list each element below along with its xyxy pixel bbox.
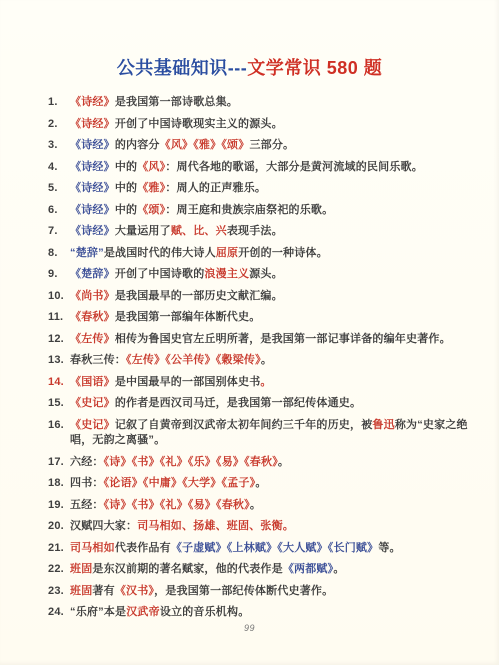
item-text: 《诗经》大量运用了赋、比、兴表现手法。 [70, 224, 471, 240]
item-text-segment: 《诗经》 [70, 96, 115, 108]
list-item: 17.六经：《诗》《书》《礼》《乐》《易》《春秋》。 [48, 455, 471, 471]
item-number: 18. [48, 476, 70, 492]
item-text-segment: 中的 [115, 182, 137, 194]
item-number: 24. [48, 605, 70, 621]
item-text: 《史记》的作者是西汉司马迁，是我国第一部纪传体通史。 [70, 396, 471, 412]
list-item: 19.五经：《诗》《书》《礼》《易》《春秋》。 [48, 498, 471, 514]
item-text-segment: 汉赋四大家： [70, 520, 137, 532]
item-number: 16. [48, 418, 70, 434]
list-item: 18.四书：《论语》《中庸》《大学》《孟子》。 [48, 476, 471, 492]
item-text: 《诗经》中的《风》：周代各地的歌谣，大部分是黄河流域的民间乐歌。 [70, 160, 471, 176]
item-text-segment: 《诗经》 [70, 204, 115, 216]
page-number: 99 [0, 623, 499, 633]
item-number: 8. [48, 246, 70, 262]
item-number: 5. [48, 181, 70, 197]
item-text-segment: 《诗经》 [70, 161, 115, 173]
item-text: 司马相如代表作品有《子虚赋》《上林赋》《大人赋》《长门赋》等。 [70, 541, 471, 557]
list-item: 8.“楚辞”是战国时代的伟大诗人屈原开创的一种诗体。 [48, 246, 471, 262]
item-text-segment: 《诗经》 [70, 118, 115, 130]
list-item: 7.《诗经》大量运用了赋、比、兴表现手法。 [48, 224, 471, 240]
item-number: 6. [48, 203, 70, 219]
item-text-segment: 春秋三传： [70, 354, 126, 366]
item-text-segment: ：周人的正声雅乐。 [165, 182, 266, 194]
item-text: 《诗经》是我国第一部诗歌总集。 [70, 95, 471, 111]
list-item: 15.《史记》的作者是西汉司马迁，是我国第一部纪传体通史。 [48, 396, 471, 412]
item-text-segment: 是中国最早的一部国别体史书 [115, 376, 261, 388]
item-text: “乐府”本是汉武帝设立的音乐机构。 [70, 605, 471, 621]
item-text-segment: 代表作品有 [115, 542, 171, 554]
item-text-segment: 。 [261, 354, 272, 366]
item-text-segment: 《论语》《中庸》《大学》《孟子》 [104, 477, 256, 489]
items-list: 1.《诗经》是我国第一部诗歌总集。2.《诗经》开创了中国诗歌现实主义的源头。3.… [0, 95, 499, 621]
item-text-segment: 的作者是西汉司马迁，是我国第一部纪传体通史。 [115, 397, 361, 409]
item-number: 21. [48, 541, 70, 557]
list-item: 22.班固是东汉前期的著名赋家，他的代表作是《两都赋》。 [48, 562, 471, 578]
list-item: 2.《诗经》开创了中国诗歌现实主义的源头。 [48, 117, 471, 133]
list-item: 24.“乐府”本是汉武帝设立的音乐机构。 [48, 605, 471, 621]
document-page: 公共基础知识---文学常识 580 题 1.《诗经》是我国第一部诗歌总集。2.《… [0, 0, 499, 665]
item-text-segment: 开创的一种诗体。 [238, 247, 328, 259]
item-text-segment: 设立的音乐机构。 [160, 606, 250, 618]
item-text-segment: 《史记》 [70, 397, 115, 409]
list-item: 20.汉赋四大家：司马相如、扬雄、班固、张衡。 [48, 519, 471, 535]
item-text-segment: 赋、比、兴 [171, 225, 227, 237]
item-text-segment: 源头。 [249, 268, 283, 280]
item-text-segment: 《风》《雅》《颂》 [160, 139, 250, 151]
item-text-segment: 《左传》 [70, 333, 115, 345]
item-text-segment: 相传为鲁国史官左丘明所著，是我国第一部记事详备的编年史著作。 [115, 333, 451, 345]
item-text: 《诗经》的内容分《风》《雅》《颂》三部分。 [70, 138, 471, 154]
item-text-segment: 《国语》 [70, 376, 115, 388]
item-text-segment: 屈原 [216, 247, 238, 259]
item-text-segment: 司马相如、扬雄、班固、张衡。 [137, 520, 294, 532]
item-number: 17. [48, 455, 70, 471]
item-text: 《国语》是中国最早的一部国别体史书。 [70, 375, 471, 391]
item-text: 《诗经》中的《雅》：周人的正声雅乐。 [70, 181, 471, 197]
item-text-segment: 四书： [70, 477, 104, 489]
item-number: 3. [48, 138, 70, 154]
item-text-segment: 。 [260, 376, 271, 388]
item-text-segment: 表现手法。 [227, 225, 283, 237]
item-text-segment: 记叙了自黄帝到汉武帝太初年间约三千年的历史，被 [115, 419, 373, 431]
item-number: 11. [48, 310, 70, 326]
item-text-segment: 的内容分 [115, 139, 160, 151]
item-text: 六经：《诗》《书》《礼》《乐》《易》《春秋》。 [70, 455, 471, 471]
list-item: 23.班固著有《汉书》，是我国第一部纪传体断代史著作。 [48, 584, 471, 600]
item-number: 20. [48, 519, 70, 535]
item-text-segment: 是我国第一部编年体断代史。 [115, 311, 261, 323]
item-text-segment: 《雅》 [137, 182, 165, 194]
item-text-segment: 是东汉前期的著名赋家，他的代表作是 [92, 563, 282, 575]
item-text: 《春秋》是我国第一部编年体断代史。 [70, 310, 471, 326]
list-item: 11.《春秋》是我国第一部编年体断代史。 [48, 310, 471, 326]
list-item: 5.《诗经》中的《雅》：周人的正声雅乐。 [48, 181, 471, 197]
item-text-segment: 大量运用了 [115, 225, 171, 237]
item-text-segment: 司马相如 [70, 542, 115, 554]
item-text-segment: 。 [250, 499, 261, 511]
item-text-segment: 鲁迅 [372, 419, 394, 431]
item-text-segment: 。 [255, 477, 266, 489]
item-text-segment: 《史记》 [70, 419, 115, 431]
item-text-segment: 六经： [70, 456, 104, 468]
item-number: 22. [48, 562, 70, 578]
list-item: 16.《史记》记叙了自黄帝到汉武帝太初年间约三千年的历史，被鲁迅称为“史家之绝唱… [48, 418, 471, 449]
item-text-segment: 《诗》《书》《礼》《乐》《易》《春秋》 [104, 456, 278, 468]
item-text-segment: 开创了中国诗歌的 [115, 268, 205, 280]
item-text-segment: 《诗经》 [70, 182, 115, 194]
item-text-segment: 《子虚赋》《上林赋》《大人赋》《长门赋》 [171, 542, 379, 554]
item-text-segment: 《诗经》 [70, 225, 115, 237]
item-text-segment: ：周代各地的歌谣，大部分是黄河流域的民间乐歌。 [165, 161, 423, 173]
item-number: 23. [48, 584, 70, 600]
list-item: 9.《楚辞》开创了中国诗歌的浪漫主义源头。 [48, 267, 471, 283]
item-text: 班固是东汉前期的著名赋家，他的代表作是《两都赋》。 [70, 562, 471, 578]
item-text-segment: 《诗》《书》《礼》《易》《春秋》 [104, 499, 250, 511]
item-text: 《左传》相传为鲁国史官左丘明所著，是我国第一部记事详备的编年史著作。 [70, 332, 471, 348]
item-text-segment: 《汉书》 [115, 585, 154, 597]
list-item: 12.《左传》相传为鲁国史官左丘明所著，是我国第一部记事详备的编年史著作。 [48, 332, 471, 348]
item-text-segment: ：周王庭和贵族宗庙祭祀的乐歌。 [165, 204, 333, 216]
item-text: 五经：《诗》《书》《礼》《易》《春秋》。 [70, 498, 471, 514]
list-item: 4.《诗经》中的《风》：周代各地的歌谣，大部分是黄河流域的民间乐歌。 [48, 160, 471, 176]
item-number: 4. [48, 160, 70, 176]
item-text: “楚辞”是战国时代的伟大诗人屈原开创的一种诗体。 [70, 246, 471, 262]
item-text-segment: 《楚辞》 [70, 268, 115, 280]
item-text: 班固著有《汉书》，是我国第一部纪传体断代史著作。 [70, 584, 471, 600]
item-text-segment: 班固 [70, 585, 92, 597]
item-text-segment: 班固 [70, 563, 92, 575]
list-item: 14.《国语》是中国最早的一部国别体史书。 [48, 375, 471, 391]
item-text-segment: 五经： [70, 499, 104, 511]
item-number: 7. [48, 224, 70, 240]
item-number: 15. [48, 396, 70, 412]
page-title-blue-part: 公共基础知识--- [117, 58, 247, 78]
item-text: 《诗经》开创了中国诗歌现实主义的源头。 [70, 117, 471, 133]
item-number: 14. [48, 375, 70, 391]
item-number: 10. [48, 289, 70, 305]
item-number: 1. [48, 95, 70, 111]
item-text-segment: 。 [333, 563, 344, 575]
item-text-segment: 《风》 [137, 161, 165, 173]
list-item: 3.《诗经》的内容分《风》《雅》《颂》三部分。 [48, 138, 471, 154]
item-text-segment: 中的 [115, 204, 137, 216]
item-text-segment: “乐府”本是 [70, 606, 126, 618]
item-number: 12. [48, 332, 70, 348]
page-title-red-part: 文学常识 580 题 [247, 58, 382, 78]
item-text-segment: 中的 [115, 161, 137, 173]
item-number: 19. [48, 498, 70, 514]
item-text-segment: 《诗经》 [70, 139, 115, 151]
item-text-segment: 汉武帝 [126, 606, 160, 618]
list-item: 1.《诗经》是我国第一部诗歌总集。 [48, 95, 471, 111]
item-text-segment: 是战国时代的伟大诗人 [104, 247, 216, 259]
item-text: 《尚书》是我国最早的一部历史文献汇编。 [70, 289, 471, 305]
page-title: 公共基础知识---文学常识 580 题 [0, 54, 499, 80]
list-item: 21.司马相如代表作品有《子虚赋》《上林赋》《大人赋》《长门赋》等。 [48, 541, 471, 557]
item-text: 《楚辞》开创了中国诗歌的浪漫主义源头。 [70, 267, 471, 283]
list-item: 6.《诗经》中的《颂》：周王庭和贵族宗庙祭祀的乐歌。 [48, 203, 471, 219]
item-text-segment: 《左传》《公羊传》《穀梁传》 [126, 354, 261, 366]
item-text-segment: 三部分。 [249, 139, 294, 151]
item-text: 春秋三传：《左传》《公羊传》《穀梁传》。 [70, 353, 471, 369]
item-text: 汉赋四大家：司马相如、扬雄、班固、张衡。 [70, 519, 471, 535]
item-text-segment: 《颂》 [137, 204, 165, 216]
item-text-segment: 开创了中国诗歌现实主义的源头。 [115, 118, 283, 130]
item-text-segment: 是我国第一部诗歌总集。 [115, 96, 238, 108]
item-text: 《诗经》中的《颂》：周王庭和贵族宗庙祭祀的乐歌。 [70, 203, 471, 219]
item-text-segment: 。 [278, 456, 289, 468]
item-text-segment: 等。 [378, 542, 400, 554]
item-text: 四书：《论语》《中庸》《大学》《孟子》。 [70, 476, 471, 492]
item-text-segment: 浪漫主义 [204, 268, 249, 280]
item-number: 13. [48, 353, 70, 369]
list-item: 10.《尚书》是我国最早的一部历史文献汇编。 [48, 289, 471, 305]
item-text-segment: 《两都赋》 [283, 563, 334, 575]
item-number: 9. [48, 267, 70, 283]
item-number: 2. [48, 117, 70, 133]
item-text-segment: ，是我国第一部纪传体断代史著作。 [154, 585, 333, 597]
item-text-segment: “楚辞” [70, 247, 104, 259]
list-item: 13.春秋三传：《左传》《公羊传》《穀梁传》。 [48, 353, 471, 369]
item-text-segment: 是我国最早的一部历史文献汇编。 [115, 290, 283, 302]
item-text-segment: 《尚书》 [70, 290, 115, 302]
item-text-segment: 著有 [92, 585, 114, 597]
item-text-segment: 《春秋》 [70, 311, 115, 323]
item-text: 《史记》记叙了自黄帝到汉武帝太初年间约三千年的历史，被鲁迅称为“史家之绝唱，无韵… [70, 418, 471, 449]
